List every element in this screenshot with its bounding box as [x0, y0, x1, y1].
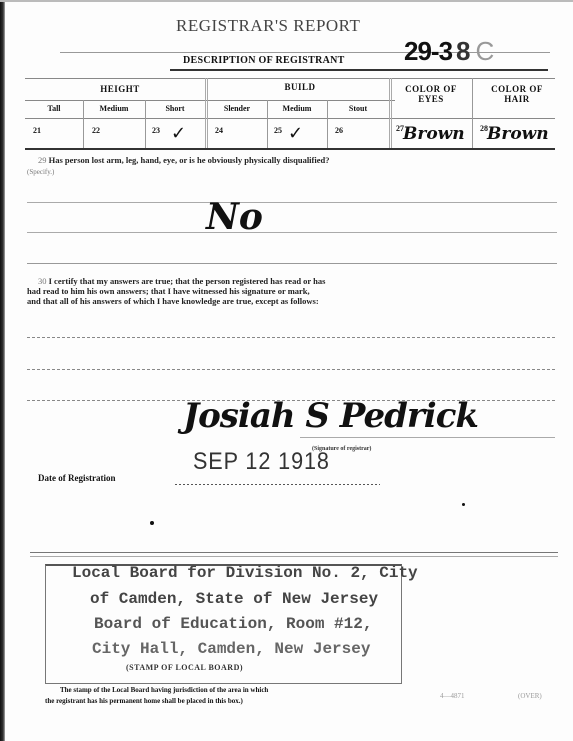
col-short: Short	[145, 104, 205, 113]
document-title: REGISTRAR'S REPORT	[176, 16, 360, 36]
ink-dot	[462, 503, 465, 506]
table-top-line	[25, 78, 555, 79]
group-divider	[205, 78, 208, 148]
registrar-signature: Josiah S Pedrick	[183, 396, 478, 436]
question-29-specify: (Specify.)	[27, 168, 54, 176]
table-bottom-line	[25, 148, 555, 150]
cell-number: 23	[152, 126, 160, 135]
hair-header: COLOR OF HAIR	[478, 84, 556, 104]
stamp-caption: (STAMP OF LOCAL BOARD)	[126, 663, 243, 672]
group-divider	[472, 78, 473, 148]
eye-color-value: Brown	[403, 124, 465, 144]
ink-dot	[150, 521, 154, 525]
build-header: BUILD	[230, 82, 370, 92]
answer-line	[27, 202, 557, 203]
cell-number: 26	[335, 126, 343, 135]
cell-number: 22	[92, 126, 100, 135]
over-indicator: (OVER)	[518, 692, 542, 700]
table-subheader-line	[25, 100, 395, 101]
section-divider	[30, 552, 558, 553]
question-30-line1: 30 I certify that my answers are true; t…	[38, 276, 325, 286]
col-height-medium: Medium	[83, 104, 145, 113]
footer-note-line1: The stamp of the Local Board having juri…	[60, 686, 268, 694]
scan-edge	[0, 0, 5, 741]
description-label: DESCRIPTION OF REGISTRANT	[183, 55, 345, 66]
table-header-bottom-line	[25, 118, 555, 119]
short-checkmark: ✓	[171, 123, 186, 144]
cell-number: 21	[33, 126, 41, 135]
serial-number: 29-38C	[404, 36, 493, 67]
serial-part-2: 8	[456, 36, 469, 66]
col-slender: Slender	[207, 104, 267, 113]
question-29-number: 29	[38, 155, 47, 165]
divider	[170, 69, 548, 71]
medium-build-checkmark: ✓	[288, 123, 303, 144]
registration-date-line	[175, 484, 380, 485]
cell-number: 24	[215, 126, 223, 135]
eyes-header: COLOR OF EYES	[392, 84, 470, 104]
col-build-medium: Medium	[267, 104, 327, 113]
question-30-line3: and that all of his answers of which I h…	[27, 296, 319, 306]
answer-line	[27, 369, 557, 370]
stamp-line-4: City Hall, Camden, New Jersey	[92, 640, 370, 658]
signature-line	[300, 437, 555, 438]
question-29-text: Has person lost arm, leg, hand, eye, or …	[49, 155, 330, 165]
question-29: 29 Has person lost arm, leg, hand, eye, …	[38, 155, 558, 165]
stamp-line-1: Local Board for Division No. 2, City	[72, 564, 418, 582]
hair-color-value: Brown	[487, 124, 549, 144]
question-30-text-1: I certify that my answers are true; that…	[49, 276, 326, 286]
cell-number: 25	[274, 126, 282, 135]
stamp-line-2: of Camden, State of New Jersey	[90, 590, 378, 608]
footer-note-line2: the registrant has his permanent home sh…	[45, 697, 243, 705]
height-header: HEIGHT	[60, 84, 180, 94]
col-stout: Stout	[327, 104, 389, 113]
serial-part-1: 29-3	[404, 36, 452, 66]
col-tall: Tall	[25, 104, 83, 113]
form-code: 4—4871	[440, 692, 465, 700]
scan-top-edge	[0, 0, 573, 2]
question-30-line2: had read to him his own answers; that I …	[27, 286, 310, 296]
stamp-line-3: Board of Education, Room #12,	[94, 615, 372, 633]
section-divider	[27, 263, 557, 264]
question-30-number: 30	[38, 276, 47, 286]
registration-date-stamp: SEP 12 1918	[193, 448, 330, 476]
answer-line	[27, 337, 557, 338]
registration-card: REGISTRAR'S REPORT DESCRIPTION OF REGIST…	[0, 0, 573, 741]
registration-date-label: Date of Registration	[38, 473, 115, 483]
serial-part-3: C	[476, 36, 494, 66]
answer-line	[27, 232, 557, 233]
section-divider	[30, 556, 558, 557]
